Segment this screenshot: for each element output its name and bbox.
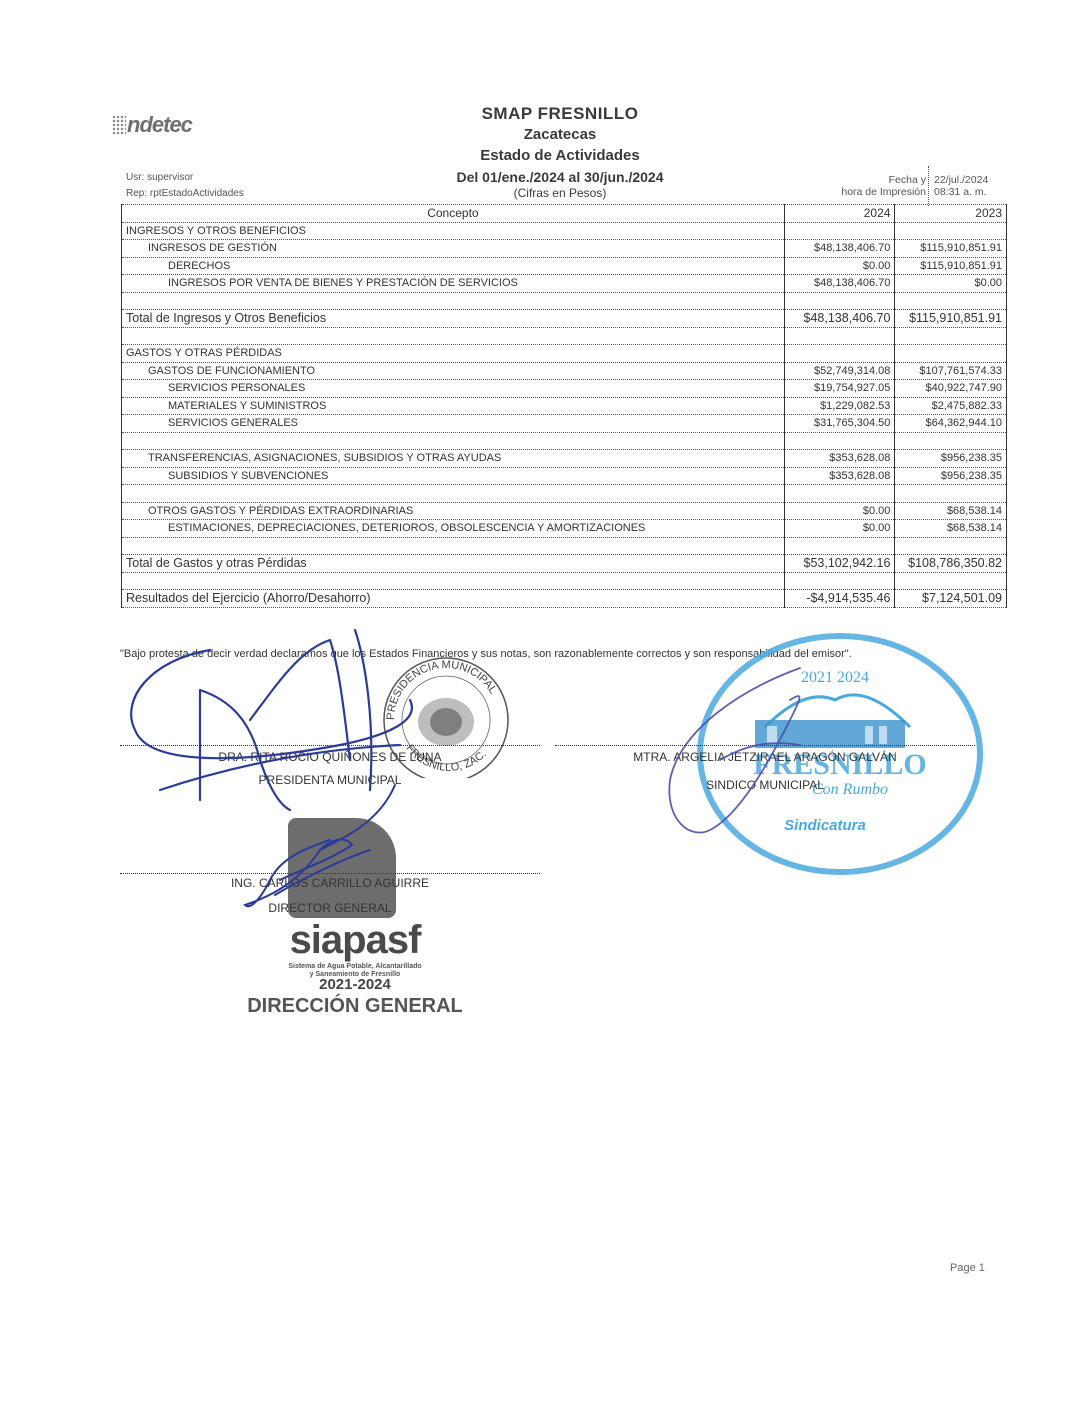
- value-2023-cell: $108,786,350.82: [895, 555, 1007, 573]
- value-2024-cell: $353,628.08: [784, 450, 895, 468]
- value-2024-cell: $353,628.08: [784, 467, 895, 485]
- concept-cell: [122, 327, 785, 345]
- value-2024-cell: [784, 537, 895, 555]
- value-2023-cell: $64,362,944.10: [895, 415, 1007, 433]
- table-row: INGRESOS DE GESTIÓN$48,138,406.70$115,91…: [122, 240, 1007, 258]
- value-2023-cell: $0.00: [895, 275, 1007, 293]
- value-2024-cell: [784, 572, 895, 590]
- concept-cell: Total de Gastos y otras Pérdidas: [122, 555, 785, 573]
- total-row: Total de Gastos y otras Pérdidas$53,102,…: [122, 555, 1007, 573]
- spacer-row: [122, 537, 1007, 555]
- value-2023-cell: $115,910,851.91: [895, 240, 1007, 258]
- signer-title-director: DIRECTOR GENERAL: [120, 901, 540, 915]
- concept-cell: INGRESOS DE GESTIÓN: [122, 240, 785, 258]
- signer-name-presidenta: DRA. RITA ROCIO QUIÑONES DE LUNA: [120, 750, 540, 764]
- value-2024-cell: $31,765,304.50: [784, 415, 895, 433]
- value-2024-cell: $1,229,082.53: [784, 397, 895, 415]
- signature-line-director: [120, 873, 540, 874]
- concept-cell: [122, 485, 785, 503]
- concept-cell: TRANSFERENCIAS, ASIGNACIONES, SUBSIDIOS …: [122, 450, 785, 468]
- value-2023-cell: $68,538.14: [895, 502, 1007, 520]
- indetec-logo: ndetec: [112, 112, 192, 138]
- value-2024-cell: $0.00: [784, 257, 895, 275]
- concept-cell: [122, 292, 785, 310]
- value-2023-cell: [895, 537, 1007, 555]
- report-period: Del 01/ene./2024 al 30/jun./2024: [390, 169, 730, 185]
- value-2023-cell: $2,475,882.33: [895, 397, 1007, 415]
- value-2023-cell: $40,922,747.90: [895, 380, 1007, 398]
- value-2024-cell: $48,138,406.70: [784, 310, 895, 328]
- concept-cell: DERECHOS: [122, 257, 785, 275]
- building-emblem-icon: [755, 695, 910, 748]
- value-2023-cell: $68,538.14: [895, 520, 1007, 538]
- table-row: GASTOS Y OTRAS PÉRDIDAS: [122, 345, 1007, 363]
- logo-dots-icon: [112, 115, 126, 135]
- total-row: Total de Ingresos y Otros Beneficios$48,…: [122, 310, 1007, 328]
- value-2023-cell: [895, 432, 1007, 450]
- siapasf-stamp: siapasf Sistema de Agua Potable, Alcanta…: [240, 818, 470, 1018]
- report-label: Rep: rptEstadoActividades: [126, 188, 244, 199]
- value-2024-cell: [784, 485, 895, 503]
- report-title: Estado de Actividades: [390, 147, 730, 164]
- table-row: MATERIALES Y SUMINISTROS$1,229,082.53$2,…: [122, 397, 1007, 415]
- concept-cell: [122, 432, 785, 450]
- state-title: Zacatecas: [390, 126, 730, 143]
- value-2023-cell: $115,910,851.91: [895, 310, 1007, 328]
- siapasf-department: DIRECCIÓN GENERAL: [240, 995, 470, 1018]
- activities-statement-table: Concepto 2024 2023 INGRESOS Y OTROS BENE…: [121, 204, 1007, 608]
- eagle-emblem-icon: [418, 698, 474, 746]
- value-2024-cell: [784, 222, 895, 240]
- signer-title-sindico: SINDICO MUNICIPAL: [555, 778, 975, 792]
- table-row: SERVICIOS PERSONALES$19,754,927.05$40,92…: [122, 380, 1007, 398]
- table-row: SUBSIDIOS Y SUBVENCIONES$353,628.08$956,…: [122, 467, 1007, 485]
- value-2024-cell: $48,138,406.70: [784, 275, 895, 293]
- page-number: Page 1: [950, 1262, 985, 1274]
- signer-title-presidenta: PRESIDENTA MUNICIPAL: [120, 773, 540, 787]
- concept-cell: Resultados del Ejercicio (Ahorro/Desahor…: [122, 590, 785, 608]
- value-2024-cell: [784, 345, 895, 363]
- value-2024-cell: $19,754,927.05: [784, 380, 895, 398]
- siapasf-name: siapasf: [240, 918, 470, 963]
- report-units: (Cifras en Pesos): [390, 186, 730, 200]
- value-2023-cell: $107,761,574.33: [895, 362, 1007, 380]
- spacer-row: [122, 572, 1007, 590]
- spacer-row: [122, 432, 1007, 450]
- concept-cell: GASTOS Y OTRAS PÉRDIDAS: [122, 345, 785, 363]
- table-row: GASTOS DE FUNCIONAMIENTO$52,749,314.08$1…: [122, 362, 1007, 380]
- signer-name-director: ING. CARLOS CARRILLO AGUIRRE: [120, 876, 540, 890]
- siapasf-years: 2021-2024: [240, 976, 470, 993]
- table-row: INGRESOS Y OTROS BENEFICIOS: [122, 222, 1007, 240]
- spacer-row: [122, 327, 1007, 345]
- concept-cell: SUBSIDIOS Y SUBVENCIONES: [122, 467, 785, 485]
- value-2023-cell: [895, 327, 1007, 345]
- value-2024-cell: $52,749,314.08: [784, 362, 895, 380]
- concept-cell: MATERIALES Y SUMINISTROS: [122, 397, 785, 415]
- concept-cell: OTROS GASTOS Y PÉRDIDAS EXTRAORDINARIAS: [122, 502, 785, 520]
- value-2024-cell: [784, 292, 895, 310]
- entity-title: SMAP FRESNILLO: [390, 104, 730, 124]
- table-row: OTROS GASTOS Y PÉRDIDAS EXTRAORDINARIAS$…: [122, 502, 1007, 520]
- value-2024-cell: [784, 432, 895, 450]
- value-2023-cell: [895, 292, 1007, 310]
- value-2023-cell: $956,238.35: [895, 450, 1007, 468]
- stamp-years: 2021 2024: [801, 669, 869, 686]
- table-body: INGRESOS Y OTROS BENEFICIOSINGRESOS DE G…: [122, 222, 1007, 607]
- concept-cell: SERVICIOS PERSONALES: [122, 380, 785, 398]
- concept-cell: SERVICIOS GENERALES: [122, 415, 785, 433]
- column-header-2024: 2024: [784, 205, 895, 223]
- print-date-value: 22/jul./2024 08:31 a. m.: [934, 174, 988, 198]
- table-row: TRANSFERENCIAS, ASIGNACIONES, SUBSIDIOS …: [122, 450, 1007, 468]
- signature-line-sindico: [555, 745, 975, 746]
- concept-cell: [122, 572, 785, 590]
- column-header-2023: 2023: [895, 205, 1007, 223]
- value-2023-cell: [895, 485, 1007, 503]
- table-row: DERECHOS$0.00$115,910,851.91: [122, 257, 1007, 275]
- total-row: Resultados del Ejercicio (Ahorro/Desahor…: [122, 590, 1007, 608]
- print-divider: [928, 166, 929, 206]
- concept-cell: GASTOS DE FUNCIONAMIENTO: [122, 362, 785, 380]
- value-2024-cell: [784, 327, 895, 345]
- table-row: INGRESOS POR VENTA DE BIENES Y PRESTACIÓ…: [122, 275, 1007, 293]
- value-2023-cell: $7,124,501.09: [895, 590, 1007, 608]
- value-2024-cell: $48,138,406.70: [784, 240, 895, 258]
- concept-cell: ESTIMACIONES, DEPRECIACIONES, DETERIOROS…: [122, 520, 785, 538]
- signer-name-sindico: MTRA. ARGELIA JETZIRAEL ARAGÓN GALVÁN: [555, 750, 975, 764]
- concept-cell: Total de Ingresos y Otros Beneficios: [122, 310, 785, 328]
- value-2024-cell: $0.00: [784, 520, 895, 538]
- user-label: Usr: supervisor: [126, 172, 193, 183]
- value-2024-cell: $0.00: [784, 502, 895, 520]
- value-2023-cell: [895, 572, 1007, 590]
- value-2023-cell: [895, 345, 1007, 363]
- value-2023-cell: $956,238.35: [895, 467, 1007, 485]
- print-date-label: Fecha y hora de Impresión: [790, 174, 926, 198]
- concept-cell: [122, 537, 785, 555]
- concept-cell: INGRESOS Y OTROS BENEFICIOS: [122, 222, 785, 240]
- table-row: SERVICIOS GENERALES$31,765,304.50$64,362…: [122, 415, 1007, 433]
- table-row: ESTIMACIONES, DEPRECIACIONES, DETERIOROS…: [122, 520, 1007, 538]
- value-2023-cell: [895, 222, 1007, 240]
- value-2024-cell: -$4,914,535.46: [784, 590, 895, 608]
- value-2023-cell: $115,910,851.91: [895, 257, 1007, 275]
- concept-cell: INGRESOS POR VENTA DE BIENES Y PRESTACIÓ…: [122, 275, 785, 293]
- spacer-row: [122, 292, 1007, 310]
- signature-line-presidenta: [120, 745, 540, 746]
- column-header-concept: Concepto: [122, 205, 785, 223]
- table-header-row: Concepto 2024 2023: [122, 205, 1007, 223]
- spacer-row: [122, 485, 1007, 503]
- value-2024-cell: $53,102,942.16: [784, 555, 895, 573]
- stamp-label: Sindicatura: [784, 817, 866, 834]
